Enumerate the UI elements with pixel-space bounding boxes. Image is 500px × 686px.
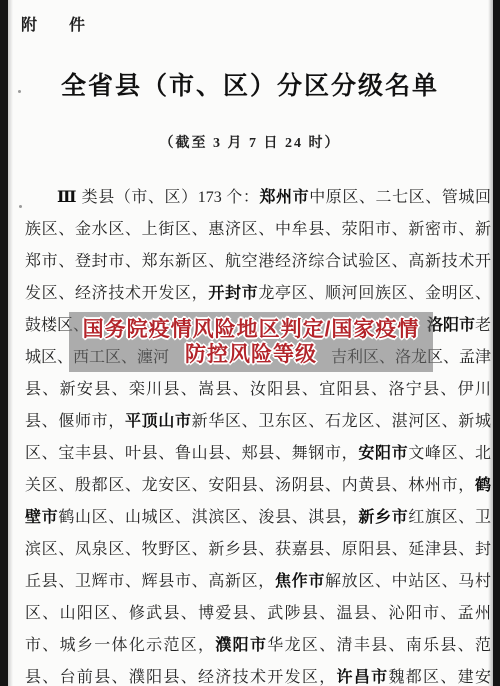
body-line: 丘县、卫辉市、辉县市、高新区，焦作市解放区、中站区、马村 — [25, 566, 491, 598]
body-line: Ⅲ 类县（市、区）173 个：郑州市中原区、二七区、管城回 — [25, 182, 491, 214]
body-line: 族区、金水区、上街区、惠济区、中牟县、荥阳市、新密市、新 — [25, 214, 491, 246]
body-line: 县、新安县、栾川县、嵩县、汝阳县、宜阳县、洛宁县、伊川 — [25, 374, 491, 406]
district-text: 新华区、卫东区、石龙区、湛河区、新城 — [192, 413, 491, 430]
district-text: 解放区、中站区、马村 — [325, 573, 491, 590]
body-text: Ⅲ 类县（市、区）173 个：郑州市中原区、二七区、管城回族区、金水区、上街区、… — [25, 182, 491, 686]
district-text: 丘县、卫辉市、辉县市、高新区， — [25, 573, 275, 590]
district-text: 龙亭区、顺河回族区、金明区、 — [258, 285, 491, 302]
body-line: 发区、经济技术开发区，开封市龙亭区、顺河回族区、金明区、 — [25, 278, 491, 310]
body-line: 壁市鹤山区、山城区、淇滨区、浚县、淇县，新乡市红旗区、卫 — [25, 502, 491, 534]
watermark-line-1: 国务院疫情风险地区判定/国家疫情 — [83, 317, 420, 342]
document-page: 附 件 全省县（市、区）分区分级名单 （截至 3 月 7 日 24 时） Ⅲ 类… — [0, 0, 500, 686]
watermark-banner: 国务院疫情风险地区判定/国家疫情 防控风险等级 — [69, 312, 433, 372]
district-text: 魏都区、建安 — [388, 669, 491, 686]
city-name-bold: 开封市 — [208, 285, 258, 302]
district-text: 关区、殷都区、龙安区、安阳县、汤阴县、内黄县、林州市， — [25, 477, 475, 494]
attachment-label: 附 件 — [21, 12, 99, 35]
district-text: 区、山阳区、修武县、博爱县、武陟县、温县、沁阳市、孟州 — [25, 605, 491, 622]
scan-speck — [19, 205, 22, 208]
city-name-bold: 鹤 — [475, 477, 491, 494]
body-line: 县、偃师市，平顶山市新华区、卫东区、石龙区、湛河区、新城 — [25, 406, 491, 438]
district-text: 红旗区、卫 — [408, 509, 491, 526]
city-name-bold: 焦作市 — [275, 573, 325, 590]
district-text: 族区、金水区、上街区、惠济区、中牟县、荥阳市、新密市、新 — [25, 221, 491, 238]
district-text: 发区、经济技术开发区， — [25, 285, 208, 302]
city-name-bold: 濮阳市 — [215, 637, 267, 654]
page-subtitle: （截至 3 月 7 日 24 时） — [0, 132, 500, 152]
district-text: 文峰区、北 — [408, 445, 491, 462]
district-text: 县、偃师市， — [25, 413, 125, 430]
district-text: 老 — [475, 310, 491, 342]
body-line: 区、宝丰县、叶县、鲁山县、郏县、舞钢市，安阳市文峰区、北 — [25, 438, 491, 470]
city-name-bold: 新乡市 — [358, 509, 408, 526]
body-line: 郑市、登封市、郑东新区、航空港经济综合试验区、高新技术开 — [25, 246, 491, 278]
body-line: 市、城乡一体化示范区，濮阳市华龙区、清丰县、南乐县、范 — [25, 630, 491, 662]
body-line: 滨区、凤泉区、牧野区、新乡县、获嘉县、原阳县、延津县、封 — [25, 534, 491, 566]
page-title: 全省县（市、区）分区分级名单 — [0, 66, 500, 102]
scan-edge-left — [0, 0, 8, 686]
district-text: 中原区、二七区、管城回 — [309, 189, 491, 206]
city-name-bold: 许昌市 — [337, 669, 389, 686]
district-text: 郑市、登封市、郑东新区、航空港经济综合试验区、高新技术开 — [25, 253, 491, 270]
district-text: 类县（市、区）173 个： — [77, 189, 259, 206]
district-text: 滨区、凤泉区、牧野区、新乡县、获嘉县、原阳县、延津县、封 — [25, 541, 491, 558]
body-line: 县、台前县、濮阳县、经济技术开发区，许昌市魏都区、建安 — [25, 662, 491, 686]
city-name-bold: 壁市 — [25, 509, 58, 526]
district-text: 鹤山区、山城区、淇滨区、浚县、淇县， — [58, 509, 358, 526]
district-text: 县、新安县、栾川县、嵩县、汝阳县、宜阳县、洛宁县、伊川 — [25, 381, 491, 398]
body-line: 区、山阳区、修武县、博爱县、武陟县、温县、沁阳市、孟州 — [25, 598, 491, 630]
body-line: 关区、殷都区、龙安区、安阳县、汤阴县、内黄县、林州市，鹤 — [25, 470, 491, 502]
city-name-bold: 洛阳市 — [427, 310, 475, 342]
watermark-line-2: 防控风险等级 — [185, 342, 317, 367]
scan-shadow-left — [8, 0, 13, 686]
district-text: 华龙区、清丰县、南乐县、范 — [267, 637, 491, 654]
district-text: 市、城乡一体化示范区， — [25, 637, 215, 654]
scan-edge-right — [493, 0, 500, 686]
city-name-bold: 平顶山市 — [125, 413, 192, 430]
city-name-bold: 郑州市 — [259, 189, 309, 206]
district-text: 县、台前县、濮阳县、经济技术开发区， — [25, 669, 337, 686]
city-name-bold: 安阳市 — [358, 445, 408, 462]
district-text: 区、宝丰县、叶县、鲁山县、郏县、舞钢市， — [25, 445, 358, 462]
city-name-bold: Ⅲ — [57, 189, 77, 206]
